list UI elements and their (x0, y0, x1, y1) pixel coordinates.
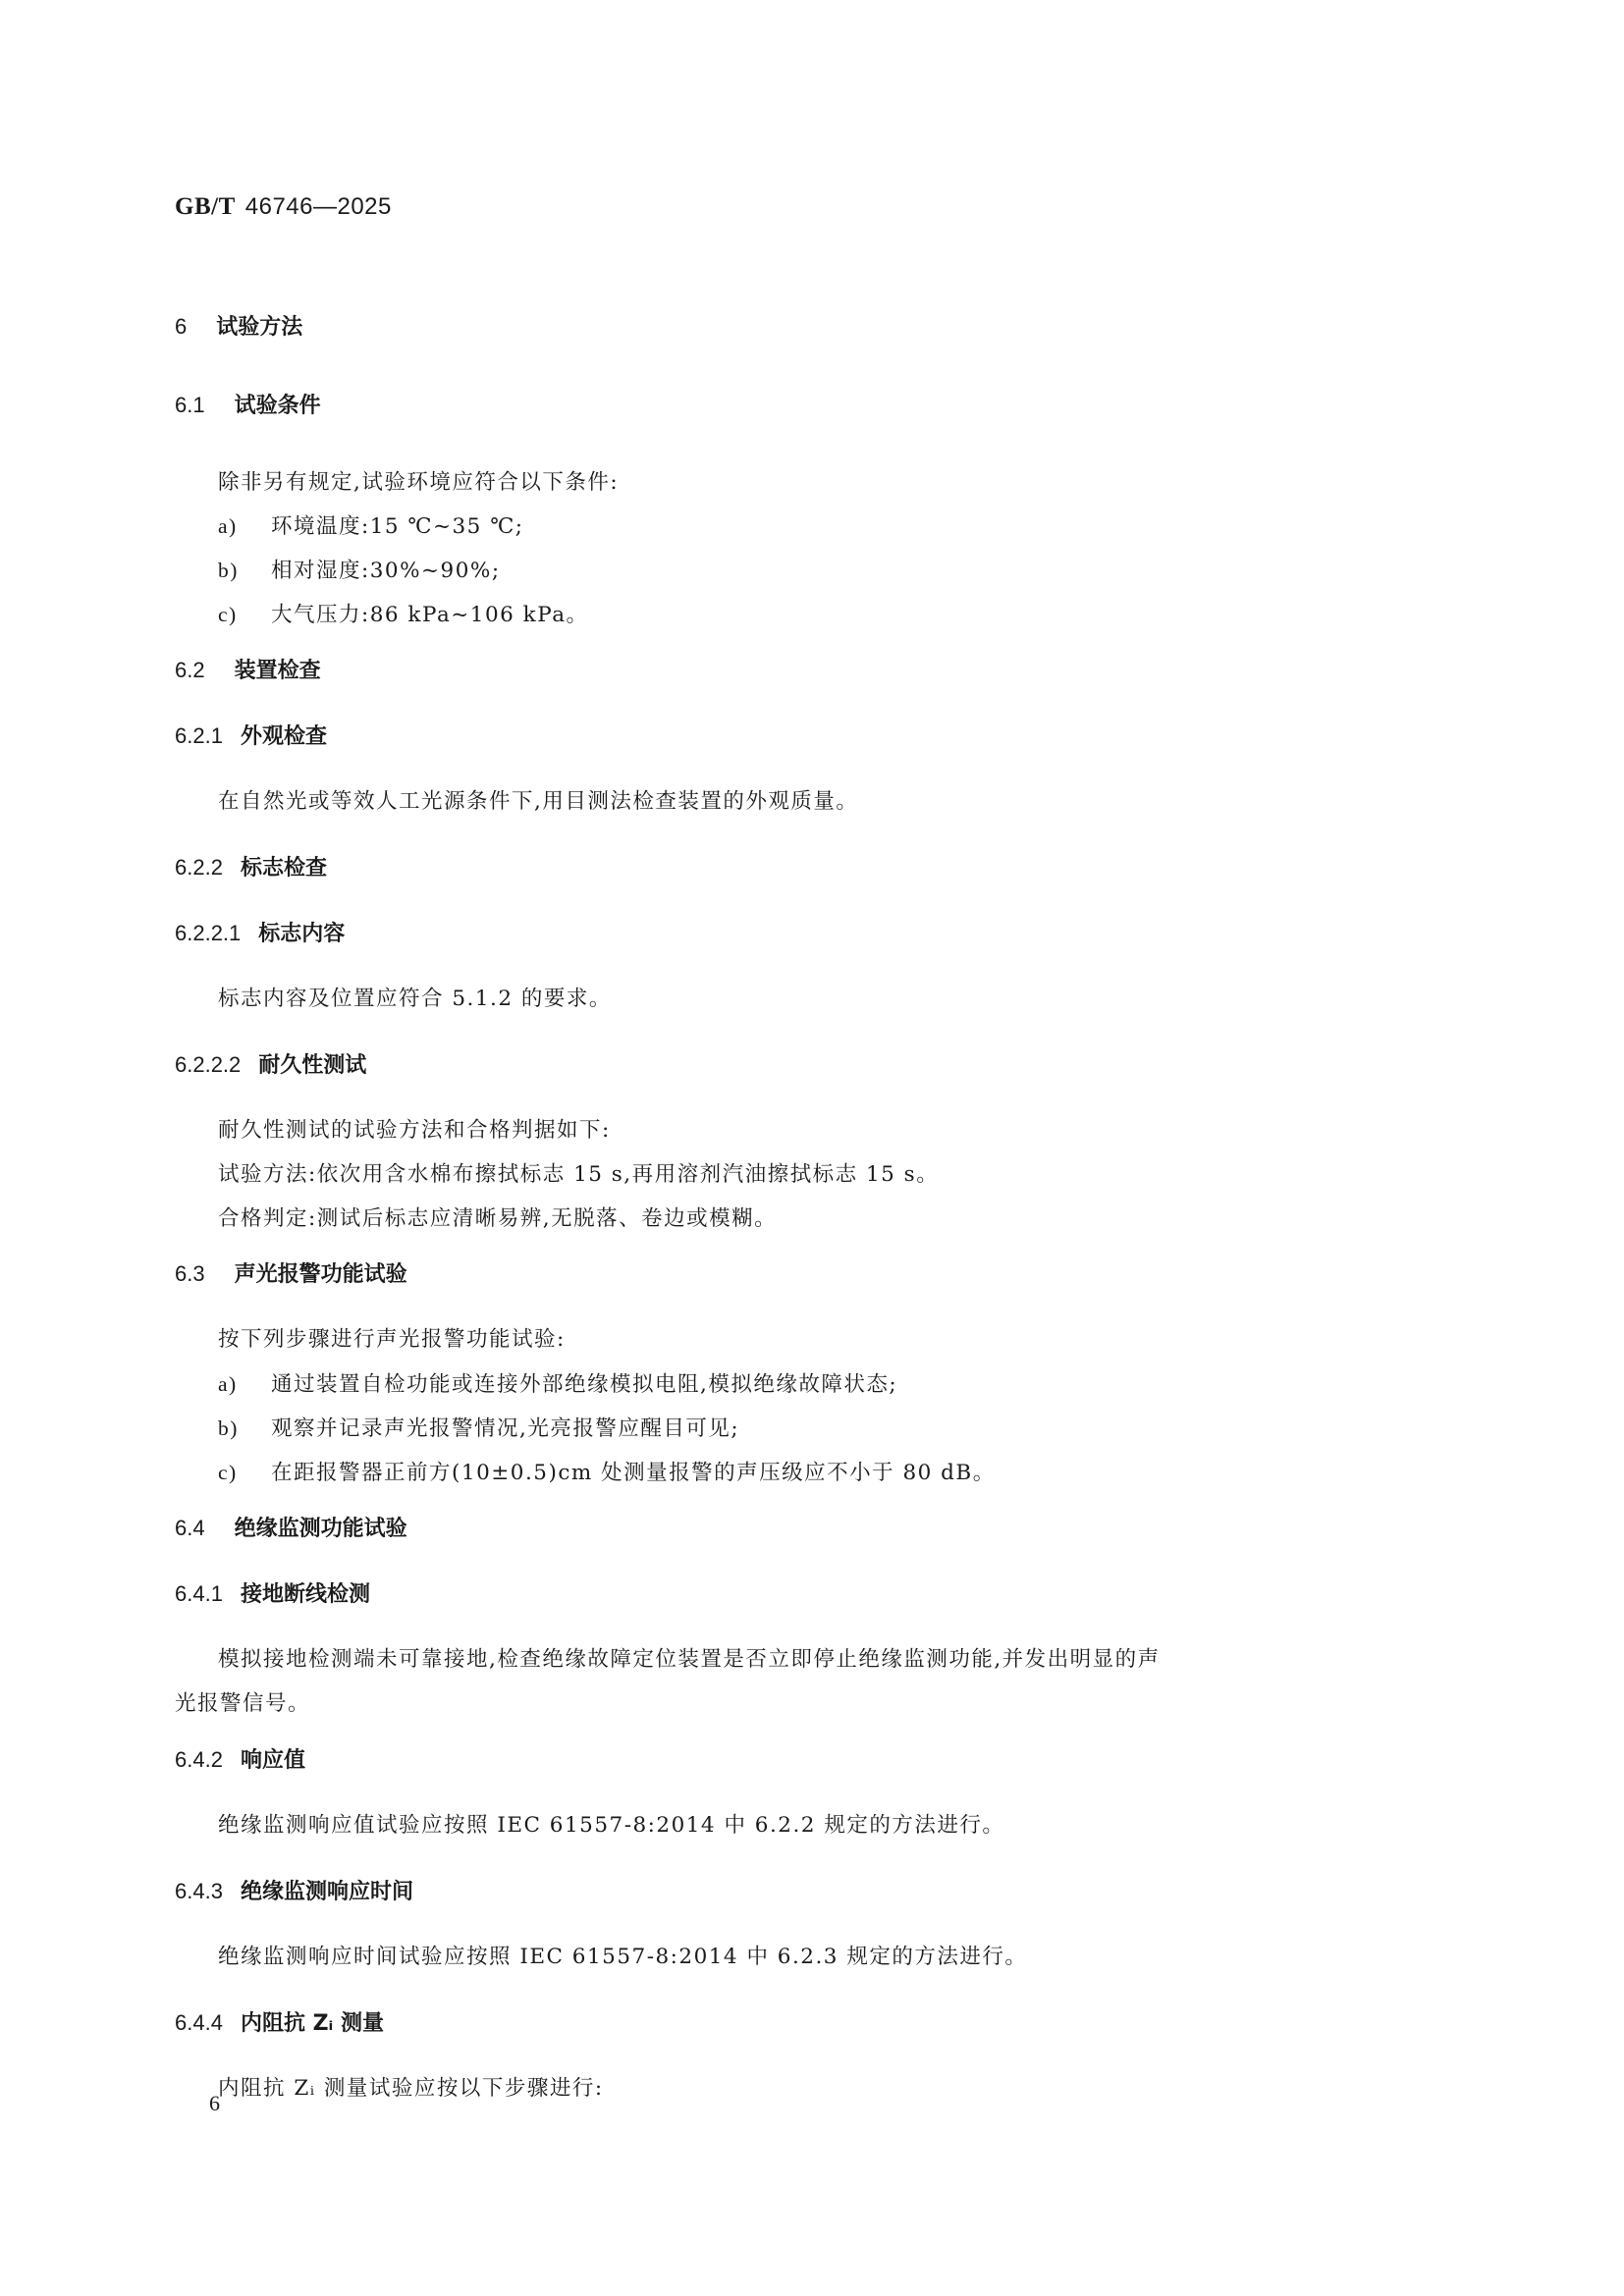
section-heading: 6试验方法 (175, 312, 302, 343)
paragraph: 内阻抗 Zᵢ 测量试验应按以下步骤进行: (218, 2074, 604, 2104)
list-item-label: a) (218, 511, 271, 541)
section-title: 绝缘监测响应时间 (241, 1878, 413, 1907)
paragraph: 耐久性测试的试验方法和合格判据如下: (218, 1116, 611, 1146)
section-number: 6.4.1 (175, 1579, 223, 1609)
list-item-text: 通过装置自检功能或连接外部绝缘模拟电阻,模拟绝缘故障状态; (271, 1372, 897, 1397)
section-title: 装置检查 (235, 657, 321, 686)
section-title: 声光报警功能试验 (235, 1260, 407, 1290)
section-number: 6.4.3 (175, 1877, 223, 1906)
section-number: 6 (175, 312, 187, 342)
paragraph: 试验方法:依次用含水棉布擦拭标志 15 s,再用溶剂汽油擦拭标志 15 s。 (218, 1160, 939, 1190)
section-heading: 6.2.2.2耐久性测试 (175, 1050, 366, 1081)
section-heading: 6.4.3绝缘监测响应时间 (175, 1877, 413, 1907)
paragraph: 合格判定:测试后标志应清晰易辨,无脱落、卷边或模糊。 (218, 1204, 777, 1234)
section-heading: 6.4.2响应值 (175, 1745, 305, 1776)
paragraph: 在自然光或等效人工光源条件下,用目测法检查装置的外观质量。 (218, 787, 858, 817)
page-number: 6 (209, 2091, 220, 2116)
section-heading: 6.2.2.1标志内容 (175, 919, 345, 949)
list-item: c)在距报警器正前方(10±0.5)cm 处测量报警的声压级应不小于 80 dB… (218, 1458, 996, 1488)
section-title: 标志内容 (258, 920, 345, 949)
section-number: 6.2.2.1 (175, 919, 241, 948)
section-title: 接地断线检测 (241, 1580, 370, 1610)
section-heading: 6.2.2标志检查 (175, 853, 327, 883)
section-number: 6.4 (175, 1514, 205, 1543)
section-title: 耐久性测试 (258, 1051, 366, 1081)
section-number: 6.2.2 (175, 853, 223, 882)
section-heading: 6.3声光报警功能试验 (175, 1259, 407, 1290)
section-heading: 6.4.4内阻抗 Zᵢ 测量 (175, 2008, 384, 2039)
paragraph: 标志内容及位置应符合 5.1.2 的要求。 (218, 985, 612, 1014)
paragraph: 模拟接地检测端未可靠接地,检查绝缘故障定位装置是否立即停止绝缘监测功能,并发出明… (218, 1645, 1161, 1675)
list-item-text: 相对湿度:30%~90%; (271, 559, 501, 583)
section-number: 6.4.2 (175, 1745, 223, 1775)
list-item: a)通过装置自检功能或连接外部绝缘模拟电阻,模拟绝缘故障状态; (218, 1369, 897, 1400)
paragraph: 光报警信号。 (175, 1689, 310, 1719)
standard-prefix: GB/T (175, 193, 236, 220)
list-item-text: 环境温度:15 ℃~35 ℃; (271, 514, 524, 539)
list-item-text: 在距报警器正前方(10±0.5)cm 处测量报警的声压级应不小于 80 dB。 (271, 1461, 996, 1485)
section-title: 标志检查 (241, 854, 327, 883)
section-heading: 6.4.1接地断线检测 (175, 1579, 370, 1610)
paragraph: 按下列步骤进行声光报警功能试验: (218, 1325, 566, 1355)
section-title: 外观检查 (241, 722, 327, 752)
section-number: 6.4.4 (175, 2008, 223, 2038)
list-item-label: b) (218, 556, 271, 585)
standard-number: 46746—2025 (245, 193, 392, 220)
section-title: 试验方法 (216, 313, 302, 343)
standard-code: GB/T46746—2025 (175, 193, 392, 221)
section-title: 内阻抗 Zᵢ 测量 (241, 2009, 384, 2039)
section-title: 试验条件 (235, 392, 321, 421)
list-item-text: 大气压力:86 kPa~106 kPa。 (271, 603, 589, 627)
paragraph: 绝缘监测响应值试验应按照 IEC 61557-8:2014 中 6.2.2 规定… (218, 1811, 1004, 1841)
section-number: 6.1 (175, 391, 205, 420)
list-item: a)环境温度:15 ℃~35 ℃; (218, 511, 524, 542)
section-heading: 6.2.1外观检查 (175, 721, 327, 752)
list-item-label: c) (218, 600, 271, 629)
section-title: 绝缘监测功能试验 (235, 1515, 407, 1544)
list-item-label: b) (218, 1414, 271, 1443)
section-number: 6.3 (175, 1259, 205, 1289)
section-heading: 6.1试验条件 (175, 391, 321, 421)
paragraph: 绝缘监测响应时间试验应按照 IEC 61557-8:2014 中 6.2.3 规… (218, 1943, 1027, 1972)
section-number: 6.2.2.2 (175, 1050, 241, 1080)
list-item: b)相对湿度:30%~90%; (218, 556, 501, 586)
list-item: c)大气压力:86 kPa~106 kPa。 (218, 600, 589, 630)
paragraph: 除非另有规定,试验环境应符合以下条件: (218, 468, 619, 498)
section-title: 响应值 (241, 1746, 305, 1776)
section-heading: 6.2装置检查 (175, 656, 321, 686)
list-item-text: 观察并记录声光报警情况,光亮报警应醒目可见; (271, 1416, 739, 1441)
section-heading: 6.4绝缘监测功能试验 (175, 1514, 407, 1544)
section-number: 6.2.1 (175, 721, 223, 751)
list-item-label: a) (218, 1369, 271, 1399)
list-item: b)观察并记录声光报警情况,光亮报警应醒目可见; (218, 1414, 739, 1444)
list-item-label: c) (218, 1458, 271, 1487)
section-number: 6.2 (175, 656, 205, 685)
